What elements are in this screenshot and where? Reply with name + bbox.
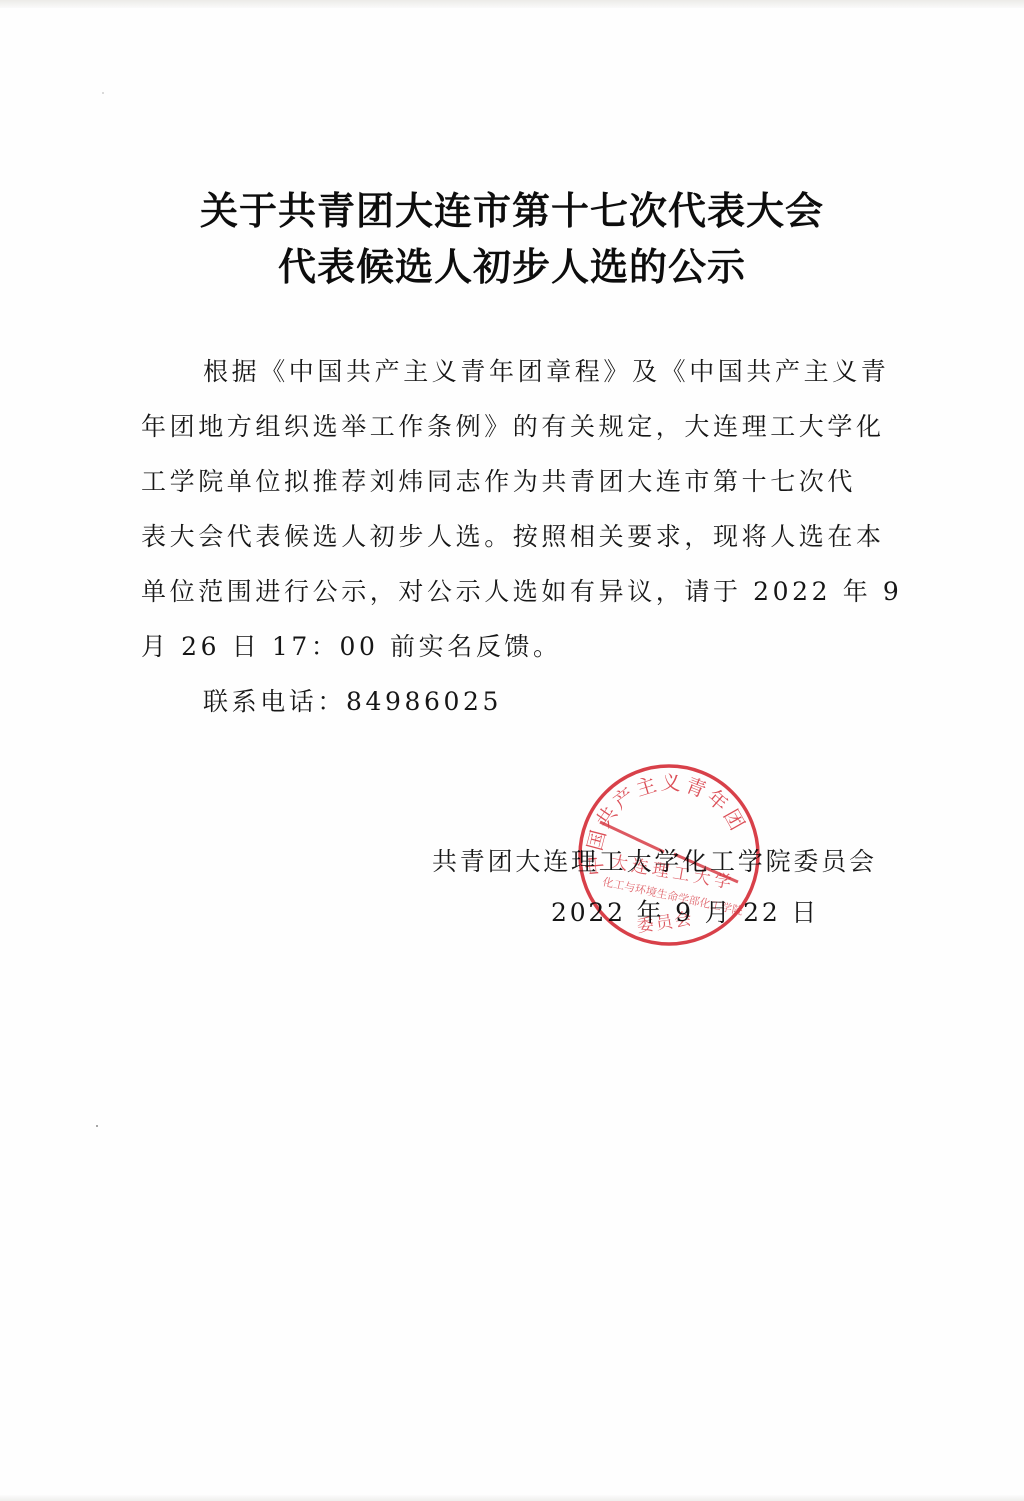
scan-edge-top [0, 0, 1024, 8]
document-page: 关于共青团大连市第十七次代表大会 代表候选人初步人选的公示 根据《中国共产主义青… [0, 0, 1024, 1501]
document-title-line-1: 关于共青团大连市第十七次代表大会 [0, 180, 1024, 235]
scan-edge-bottom [0, 1495, 1024, 1501]
scan-speck [96, 1125, 98, 1127]
body-paragraph-line: 月 26 日 17：00 前实名反馈。 [141, 627, 562, 663]
official-seal-stamp-icon: 中国共产主义青年团 大连理工大学 化工与环境生命学部化工学院 委员会 [576, 762, 762, 948]
body-paragraph-line: 根据《中国共产主义青年团章程》及《中国共产主义青 [203, 352, 889, 388]
document-title-line-2: 代表候选人初步人选的公示 [0, 236, 1024, 291]
seal-inner-line-3: 委员会 [636, 909, 695, 937]
contact-phone: 联系电话：84986025 [203, 682, 502, 718]
body-paragraph-line: 工学院单位拟推荐刘炜同志作为共青团大连市第十七次代 [141, 462, 856, 498]
body-paragraph-line: 表大会代表候选人初步人选。按照相关要求，现将人选在本 [141, 517, 885, 553]
body-paragraph-line: 年团地方组织选举工作条例》的有关规定，大连理工大学化 [141, 407, 885, 443]
body-paragraph-line: 单位范围进行公示，对公示人选如有异议，请于 2022 年 9 [141, 572, 902, 608]
scan-speck [102, 92, 104, 94]
